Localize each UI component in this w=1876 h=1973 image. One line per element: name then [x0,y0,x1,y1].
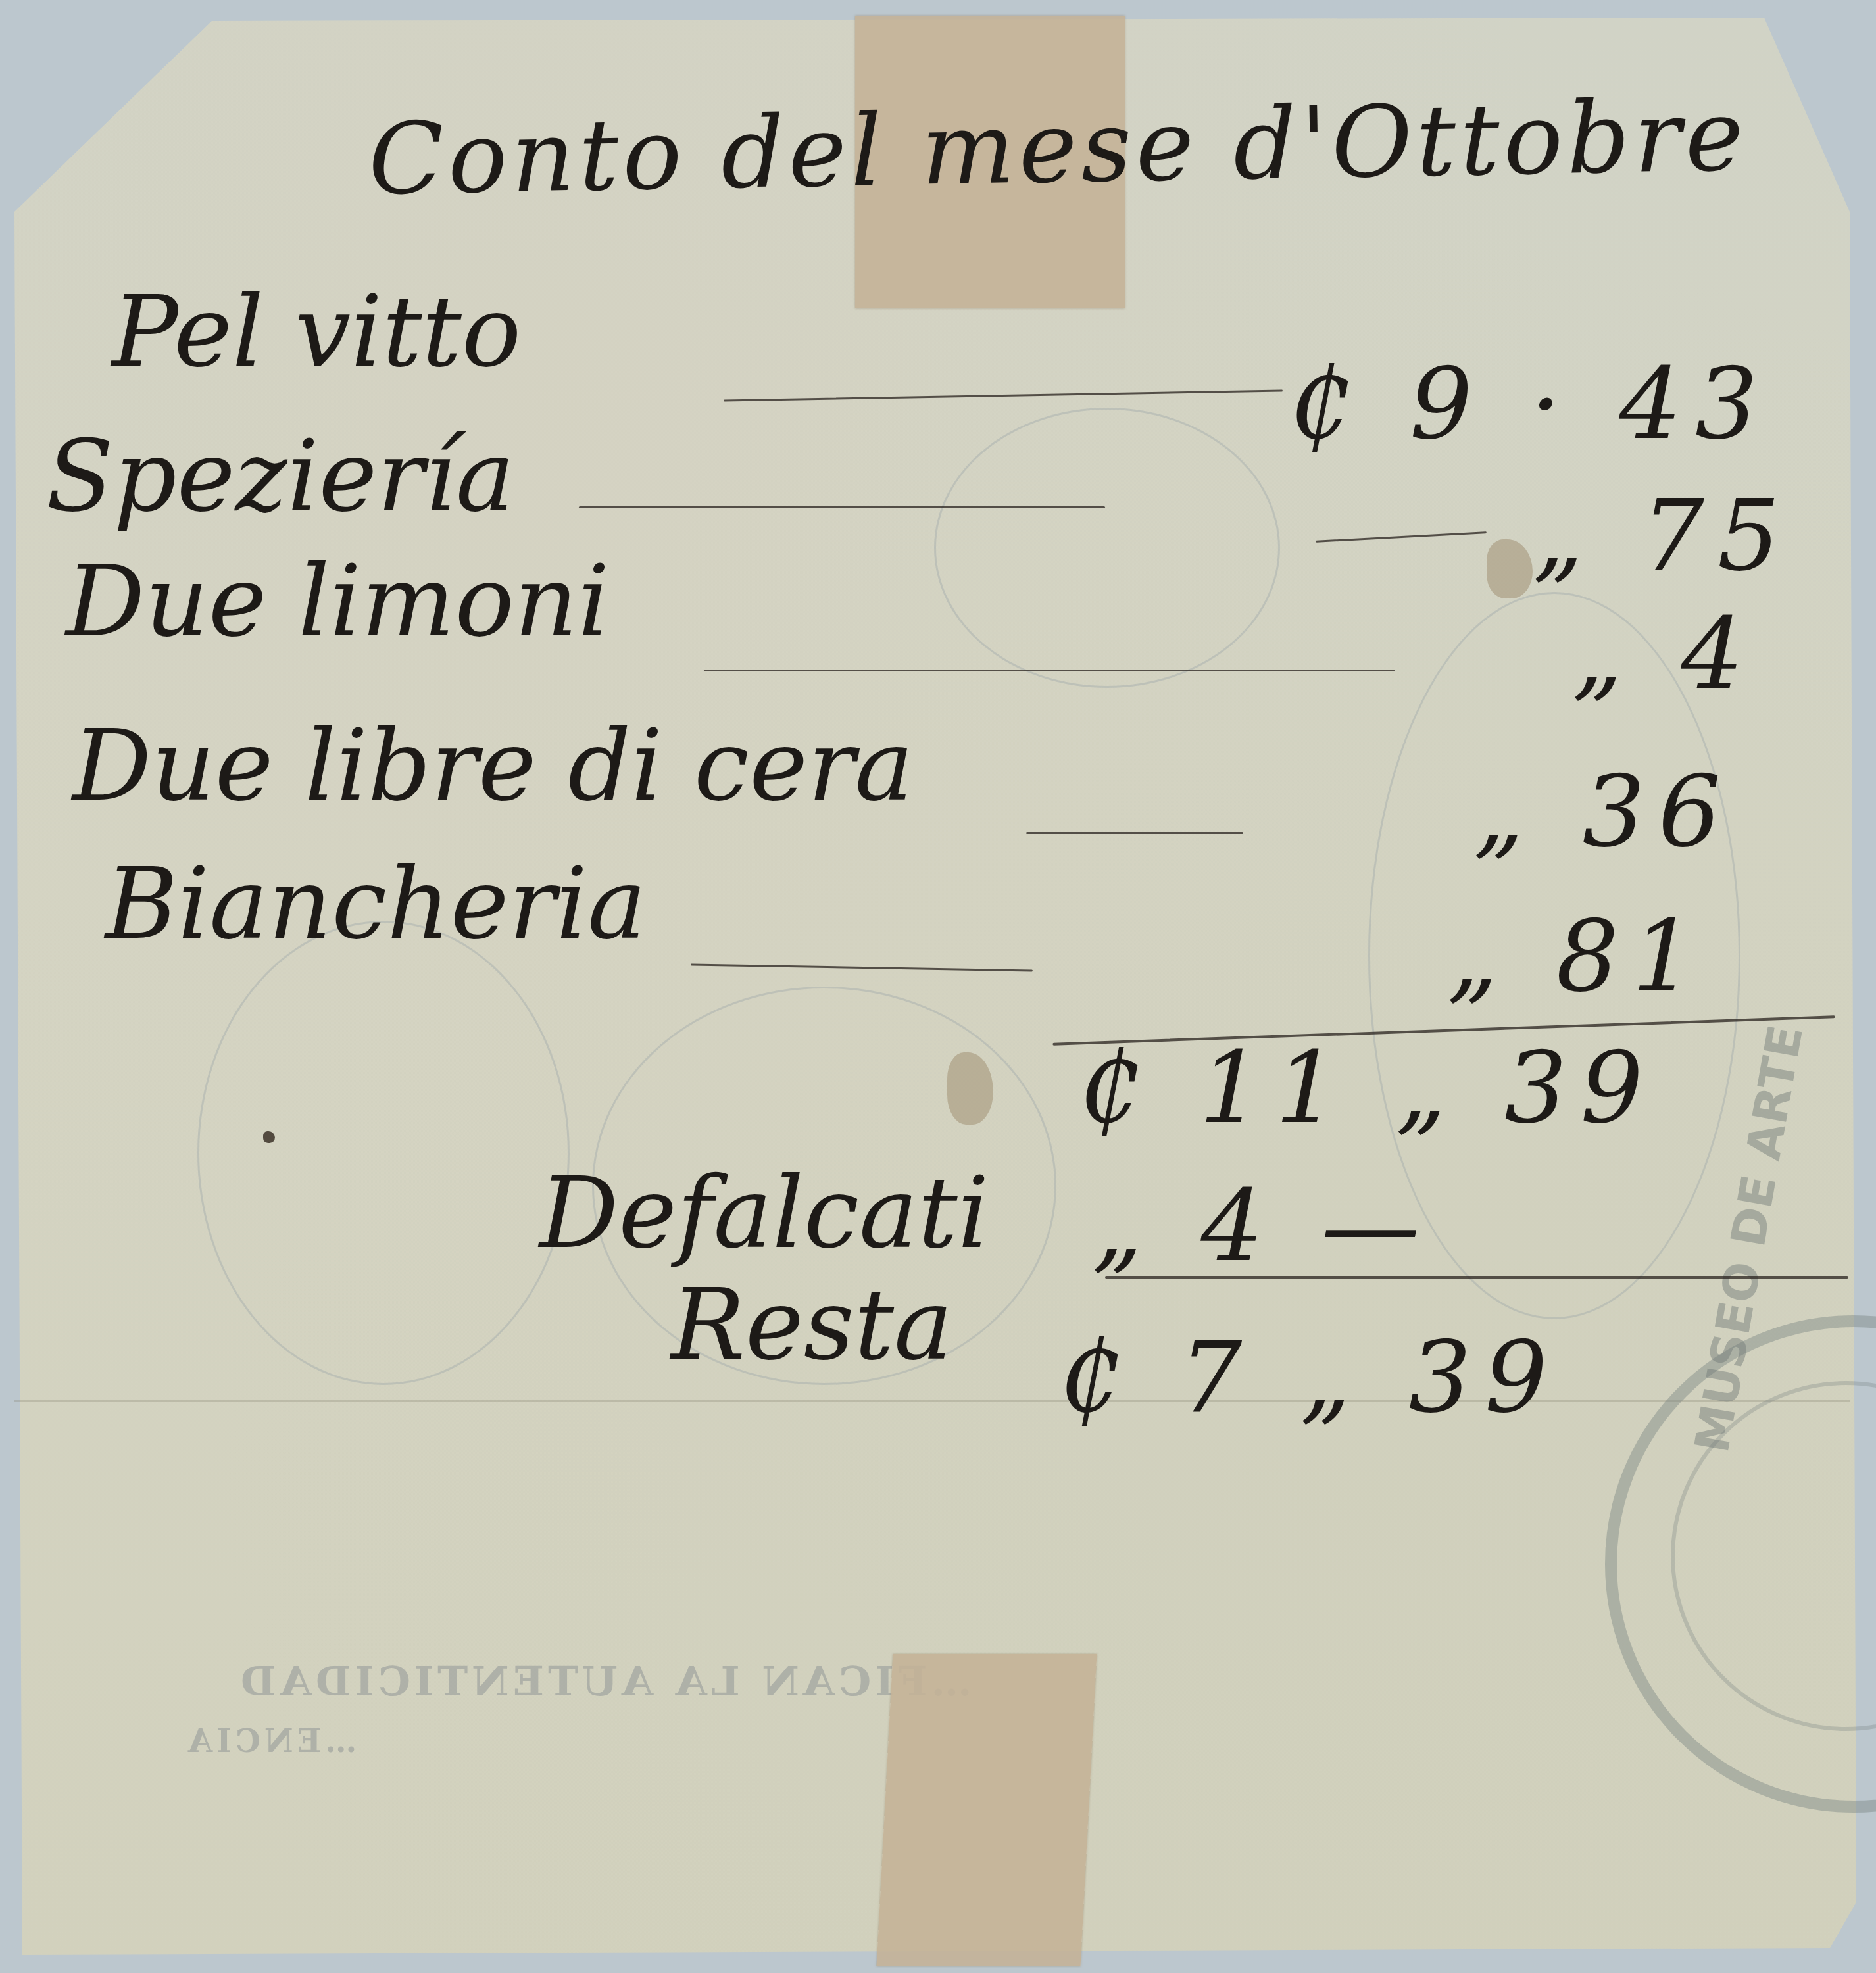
document-title: Conto del mese d'Ottobre [368,87,1748,210]
balance-rule [1105,1276,1848,1279]
pencil-sketch-head [934,408,1280,688]
balance-label: Resta [671,1276,952,1375]
item-amount-limoni: „ 4 [1572,605,1757,704]
stain [263,1131,275,1143]
item-amount-biancheria: „ 81 [1447,908,1708,1006]
tape-bottom [877,1654,1097,1966]
pencil-sketch-torso [197,921,570,1385]
leader-line [579,506,1105,508]
leader-line [704,670,1395,671]
item-amount-vitto: ₵ 9 · 43 [1289,355,1771,454]
total-amount: ₵ 11 „ 39 [1079,1039,1656,1138]
item-label-cera: Due libre di cera [72,717,914,816]
deduction-label: Defalcati [539,1164,989,1263]
bleed-through-print-line-1: …FICAN LA AUTENTICIDAD [237,1657,972,1705]
bleed-through-print-line-2: …ENCIA [184,1723,357,1760]
deduction-amount: „ 4 — [1092,1177,1433,1276]
item-amount-cera: „ 36 [1473,763,1734,862]
item-label-spezieria: Speziería [46,427,514,526]
item-label-biancheria: Biancheria [105,855,647,954]
item-label-limoni: Due limoni [66,552,609,651]
fold-line [14,1400,1850,1402]
item-label-vitto: Pel vitto [112,283,521,381]
balance-amount: ₵ 7 „ 39 [1059,1328,1561,1427]
item-amount-spezieria: „ 75 [1533,487,1793,585]
leader-line [1026,832,1243,834]
